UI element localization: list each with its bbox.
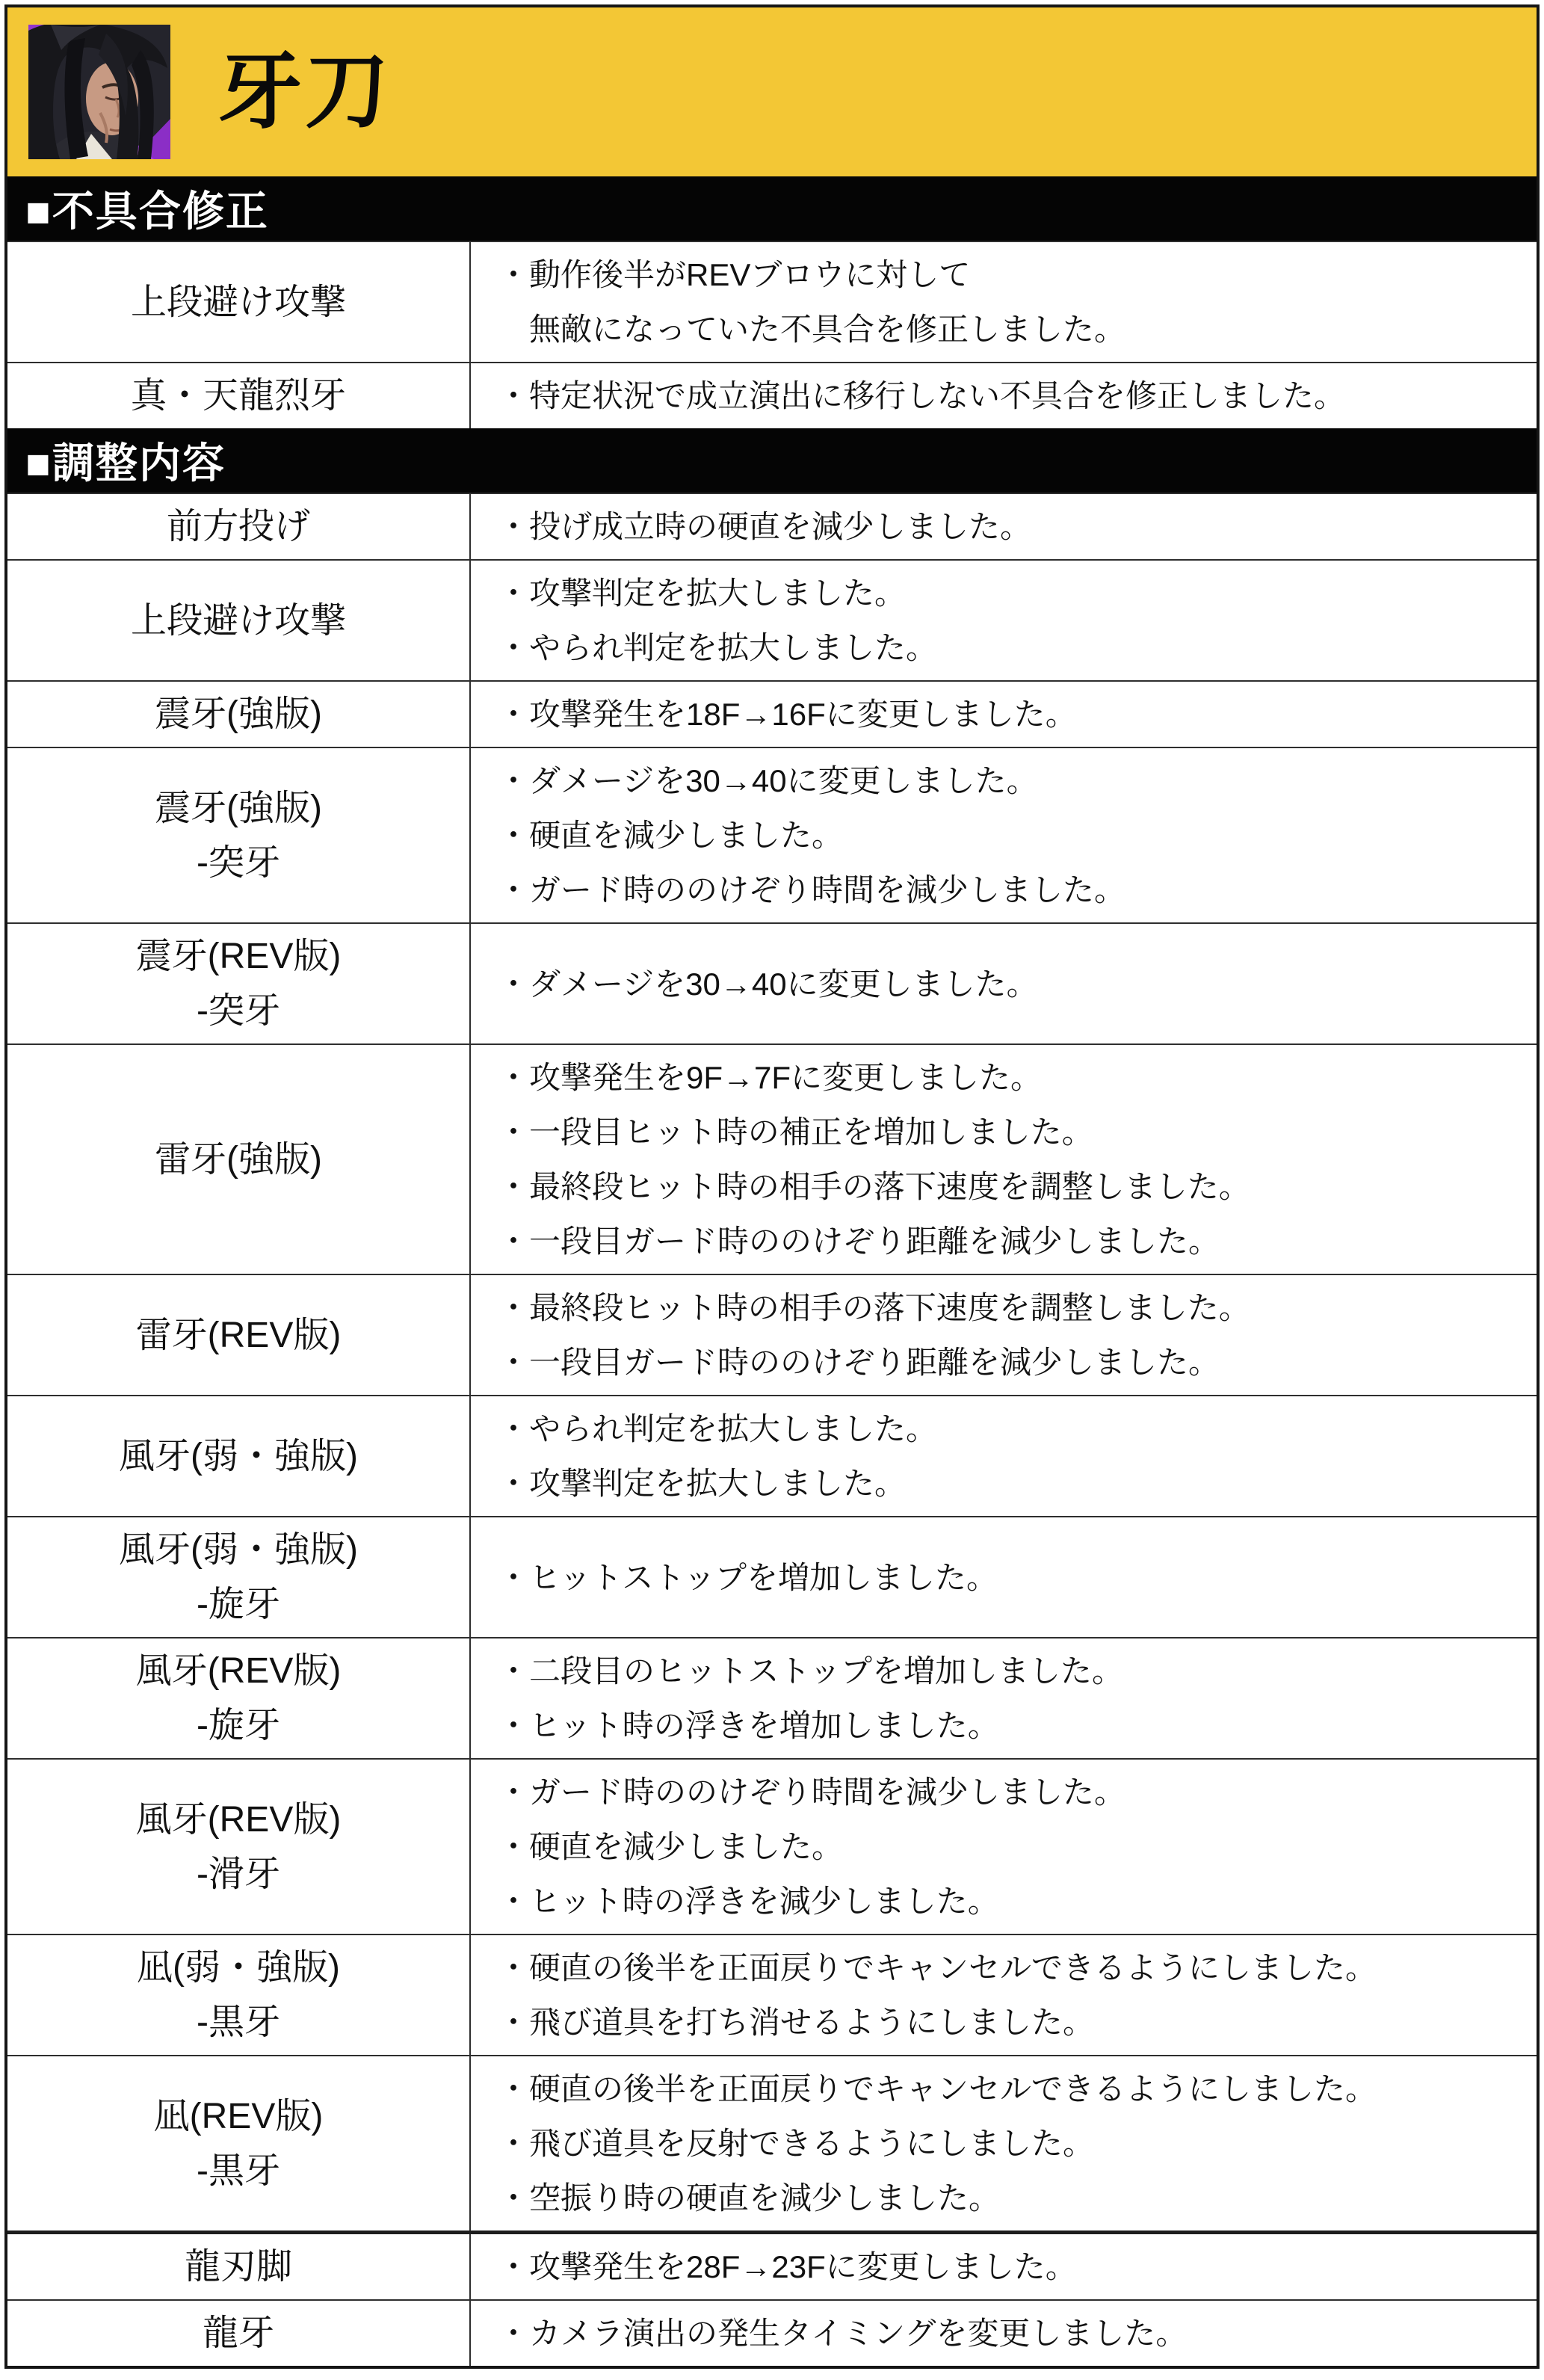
move-name-line: 雷牙(強版) (155, 1132, 322, 1187)
change-bullet: ・攻撃判定を拡大しました。 (498, 566, 1516, 620)
section-header: ■調整内容 (7, 428, 1537, 493)
move-name-cell: 風牙(弱・強版)-旋牙 (7, 1517, 471, 1637)
table-row: 龍刃脚・攻撃発生を28F→23Fに変更しました。 (7, 2231, 1537, 2299)
move-name-line: 凪(REV版) (154, 2089, 324, 2144)
change-bullet: ・やられ判定を拡大しました。 (498, 620, 1516, 675)
move-name-line: -滑牙 (197, 1847, 280, 1902)
move-name-cell: 風牙(弱・強版) (7, 1396, 471, 1516)
table-row: 風牙(REV版)-旋牙・二段目のヒットストップを増加しました。・ヒット時の浮きを… (7, 1637, 1537, 1758)
portrait-illustration (28, 25, 170, 159)
change-bullet: ・特定状況で成立演出に移行しない不具合を修正しました。 (498, 369, 1516, 423)
change-bullet: ・ヒット時の浮きを増加しました。 (498, 1698, 1516, 1753)
move-name-line: -突牙 (197, 836, 280, 890)
move-name-cell: 龍牙 (7, 2301, 471, 2366)
character-name-title: 牙刀 (218, 50, 392, 134)
change-desc-cell: ・カメラ演出の発生タイミングを変更しました。 (471, 2301, 1537, 2366)
table-row: 前方投げ・投げ成立時の硬直を減少しました。 (7, 493, 1537, 559)
table-row: 上段避け攻撃・攻撃判定を拡大しました。・やられ判定を拡大しました。 (7, 559, 1537, 680)
table-row: 雷牙(強版)・攻撃発生を9F→7Fに変更しました。・一段目ヒット時の補正を増加し… (7, 1043, 1537, 1274)
move-name-line: -旋牙 (197, 1577, 280, 1632)
move-name-cell: 風牙(REV版)-旋牙 (7, 1638, 471, 1758)
change-desc-cell: ・やられ判定を拡大しました。・攻撃判定を拡大しました。 (471, 1396, 1537, 1516)
change-table: ■不具合修正上段避け攻撃・動作後半がREVブロウに対して無敵になっていた不具合を… (7, 176, 1537, 2366)
change-bullet: ・硬直を減少しました。 (498, 1819, 1516, 1874)
table-row: 龍牙・カメラ演出の発生タイミングを変更しました。 (7, 2299, 1537, 2366)
change-bullet: ・攻撃発生を9F→7Fに変更しました。 (498, 1050, 1516, 1105)
change-bullet: ・ヒット時の浮きを減少しました。 (498, 1874, 1516, 1929)
move-name-line: 震牙(強版) (155, 687, 322, 742)
change-bullet: ・攻撃判定を拡大しました。 (498, 1456, 1516, 1511)
patch-notes-page: 牙刀 ■不具合修正上段避け攻撃・動作後半がREVブロウに対して無敵になっていた不… (4, 4, 1540, 2369)
change-desc-cell: ・ダメージを30→40に変更しました。・硬直を減少しました。・ガード時ののけぞり… (471, 748, 1537, 922)
change-bullet: ・硬直を減少しました。 (498, 808, 1516, 863)
change-bullet: ・一段目ガード時ののけぞり距離を減少しました。 (498, 1335, 1516, 1390)
change-bullet: ・投げ成立時の硬直を減少しました。 (498, 499, 1516, 554)
move-name-line: 風牙(REV版) (136, 1792, 342, 1847)
move-name-line: 龍牙 (203, 2306, 274, 2361)
change-bullet: ・攻撃発生を28F→23Fに変更しました。 (498, 2239, 1516, 2294)
move-name-line: 凪(弱・強版) (137, 1940, 340, 1995)
change-desc-cell: ・二段目のヒットストップを増加しました。・ヒット時の浮きを増加しました。 (471, 1638, 1537, 1758)
change-desc-cell: ・攻撃判定を拡大しました。・やられ判定を拡大しました。 (471, 561, 1537, 680)
move-name-line: 震牙(REV版) (136, 929, 342, 984)
change-desc-cell: ・攻撃発生を18F→16Fに変更しました。 (471, 682, 1537, 747)
change-bullet: ・ヒットストップを増加しました。 (498, 1550, 1516, 1605)
move-name-line: -黒牙 (197, 1995, 280, 2050)
change-bullet: ・ガード時ののけぞり時間を減少しました。 (498, 1765, 1516, 1819)
change-desc-cell: ・最終段ヒット時の相手の落下速度を調整しました。・一段目ガード時ののけぞり距離を… (471, 1275, 1537, 1395)
table-row: 風牙(REV版)-滑牙・ガード時ののけぞり時間を減少しました。・硬直を減少しまし… (7, 1758, 1537, 1934)
table-row: 凪(REV版)-黒牙・硬直の後半を正面戻りでキャンセルできるようにしました。・飛… (7, 2055, 1537, 2231)
change-desc-cell: ・特定状況で成立演出に移行しない不具合を修正しました。 (471, 363, 1537, 428)
move-name-line: 風牙(弱・強版) (119, 1429, 358, 1484)
change-desc-cell: ・動作後半がREVブロウに対して無敵になっていた不具合を修正しました。 (471, 242, 1537, 362)
move-name-cell: 震牙(REV版)-突牙 (7, 924, 471, 1043)
move-name-cell: 真・天龍烈牙 (7, 363, 471, 428)
change-bullet: ・一段目ガード時ののけぞり距離を減少しました。 (498, 1214, 1516, 1268)
change-desc-cell: ・硬直の後半を正面戻りでキャンセルできるようにしました。・飛び道具を打ち消せるよ… (471, 1935, 1537, 2055)
change-bullet: ・硬直の後半を正面戻りでキャンセルできるようにしました。 (498, 1940, 1516, 1995)
table-row: 真・天龍烈牙・特定状況で成立演出に移行しない不具合を修正しました。 (7, 362, 1537, 428)
table-row: 風牙(弱・強版)-旋牙・ヒットストップを増加しました。 (7, 1516, 1537, 1637)
move-name-cell: 龍刃脚 (7, 2234, 471, 2299)
character-banner: 牙刀 (7, 7, 1537, 176)
move-name-line: 風牙(弱・強版) (119, 1523, 358, 1577)
move-name-line: 風牙(REV版) (136, 1644, 342, 1698)
move-name-cell: 震牙(強版)-突牙 (7, 748, 471, 922)
change-desc-cell: ・ダメージを30→40に変更しました。 (471, 924, 1537, 1043)
change-desc-cell: ・攻撃発生を9F→7Fに変更しました。・一段目ヒット時の補正を増加しました。・最… (471, 1045, 1537, 1274)
change-bullet: ・カメラ演出の発生タイミングを変更しました。 (498, 2306, 1516, 2361)
change-desc-cell: ・攻撃発生を28F→23Fに変更しました。 (471, 2234, 1537, 2299)
move-name-line: -黒牙 (197, 2144, 280, 2198)
change-bullet: ・最終段ヒット時の相手の落下速度を調整しました。 (498, 1280, 1516, 1335)
change-bullet: ・ガード時ののけぞり時間を減少しました。 (498, 863, 1516, 917)
change-desc-cell: ・硬直の後半を正面戻りでキャンセルできるようにしました。・飛び道具を反射できるよ… (471, 2056, 1537, 2231)
move-name-line: 上段避け攻撃 (131, 594, 346, 648)
change-desc-cell: ・ヒットストップを増加しました。 (471, 1517, 1537, 1637)
move-name-cell: 震牙(強版) (7, 682, 471, 747)
change-bullet: ・空振り時の硬直を減少しました。 (498, 2171, 1516, 2225)
move-name-cell: 前方投げ (7, 494, 471, 559)
change-bullet: ・硬直の後半を正面戻りでキャンセルできるようにしました。 (498, 2062, 1516, 2116)
move-name-line: -突牙 (197, 984, 280, 1038)
character-portrait (28, 25, 170, 159)
table-row: 風牙(弱・強版)・やられ判定を拡大しました。・攻撃判定を拡大しました。 (7, 1395, 1537, 1516)
table-row: 震牙(REV版)-突牙・ダメージを30→40に変更しました。 (7, 922, 1537, 1043)
change-bullet: ・最終段ヒット時の相手の落下速度を調整しました。 (498, 1159, 1516, 1214)
table-row: 震牙(強版)-突牙・ダメージを30→40に変更しました。・硬直を減少しました。・… (7, 747, 1537, 922)
move-name-cell: 凪(弱・強版)-黒牙 (7, 1935, 471, 2055)
change-desc-cell: ・投げ成立時の硬直を減少しました。 (471, 494, 1537, 559)
move-name-line: 震牙(強版) (155, 781, 322, 836)
change-bullet: ・攻撃発生を18F→16Fに変更しました。 (498, 687, 1516, 742)
move-name-line: 雷牙(REV版) (136, 1308, 342, 1363)
change-bullet: ・飛び道具を打ち消せるようにしました。 (498, 1995, 1516, 2050)
move-name-cell: 風牙(REV版)-滑牙 (7, 1760, 471, 1934)
change-bullet: ・ダメージを30→40に変更しました。 (498, 957, 1516, 1011)
table-row: 上段避け攻撃・動作後半がREVブロウに対して無敵になっていた不具合を修正しました… (7, 241, 1537, 362)
move-name-cell: 上段避け攻撃 (7, 242, 471, 362)
change-bullet: ・二段目のヒットストップを増加しました。 (498, 1644, 1516, 1698)
move-name-line: 前方投げ (167, 499, 310, 554)
change-bullet: ・やられ判定を拡大しました。 (498, 1402, 1516, 1456)
move-name-line: 上段避け攻撃 (131, 275, 346, 330)
change-bullet: ・一段目ヒット時の補正を増加しました。 (498, 1105, 1516, 1159)
move-name-line: 龍刃脚 (185, 2239, 292, 2294)
change-bullet: ・飛び道具を反射できるようにしました。 (498, 2116, 1516, 2171)
table-row: 雷牙(REV版)・最終段ヒット時の相手の落下速度を調整しました。・一段目ガード時… (7, 1274, 1537, 1395)
section-header: ■不具合修正 (7, 176, 1537, 241)
table-row: 凪(弱・強版)-黒牙・硬直の後半を正面戻りでキャンセルできるようにしました。・飛… (7, 1934, 1537, 2055)
move-name-cell: 凪(REV版)-黒牙 (7, 2056, 471, 2231)
move-name-cell: 上段避け攻撃 (7, 561, 471, 680)
move-name-line: -旋牙 (197, 1698, 280, 1753)
change-bullet: ・ダメージを30→40に変更しました。 (498, 753, 1516, 808)
move-name-cell: 雷牙(強版) (7, 1045, 471, 1274)
table-row: 震牙(強版)・攻撃発生を18F→16Fに変更しました。 (7, 680, 1537, 747)
change-desc-cell: ・ガード時ののけぞり時間を減少しました。・硬直を減少しました。・ヒット時の浮きを… (471, 1760, 1537, 1934)
move-name-cell: 雷牙(REV版) (7, 1275, 471, 1395)
change-bullet: ・動作後半がREVブロウに対して無敵になっていた不具合を修正しました。 (498, 247, 1516, 357)
move-name-line: 真・天龍烈牙 (131, 369, 346, 423)
